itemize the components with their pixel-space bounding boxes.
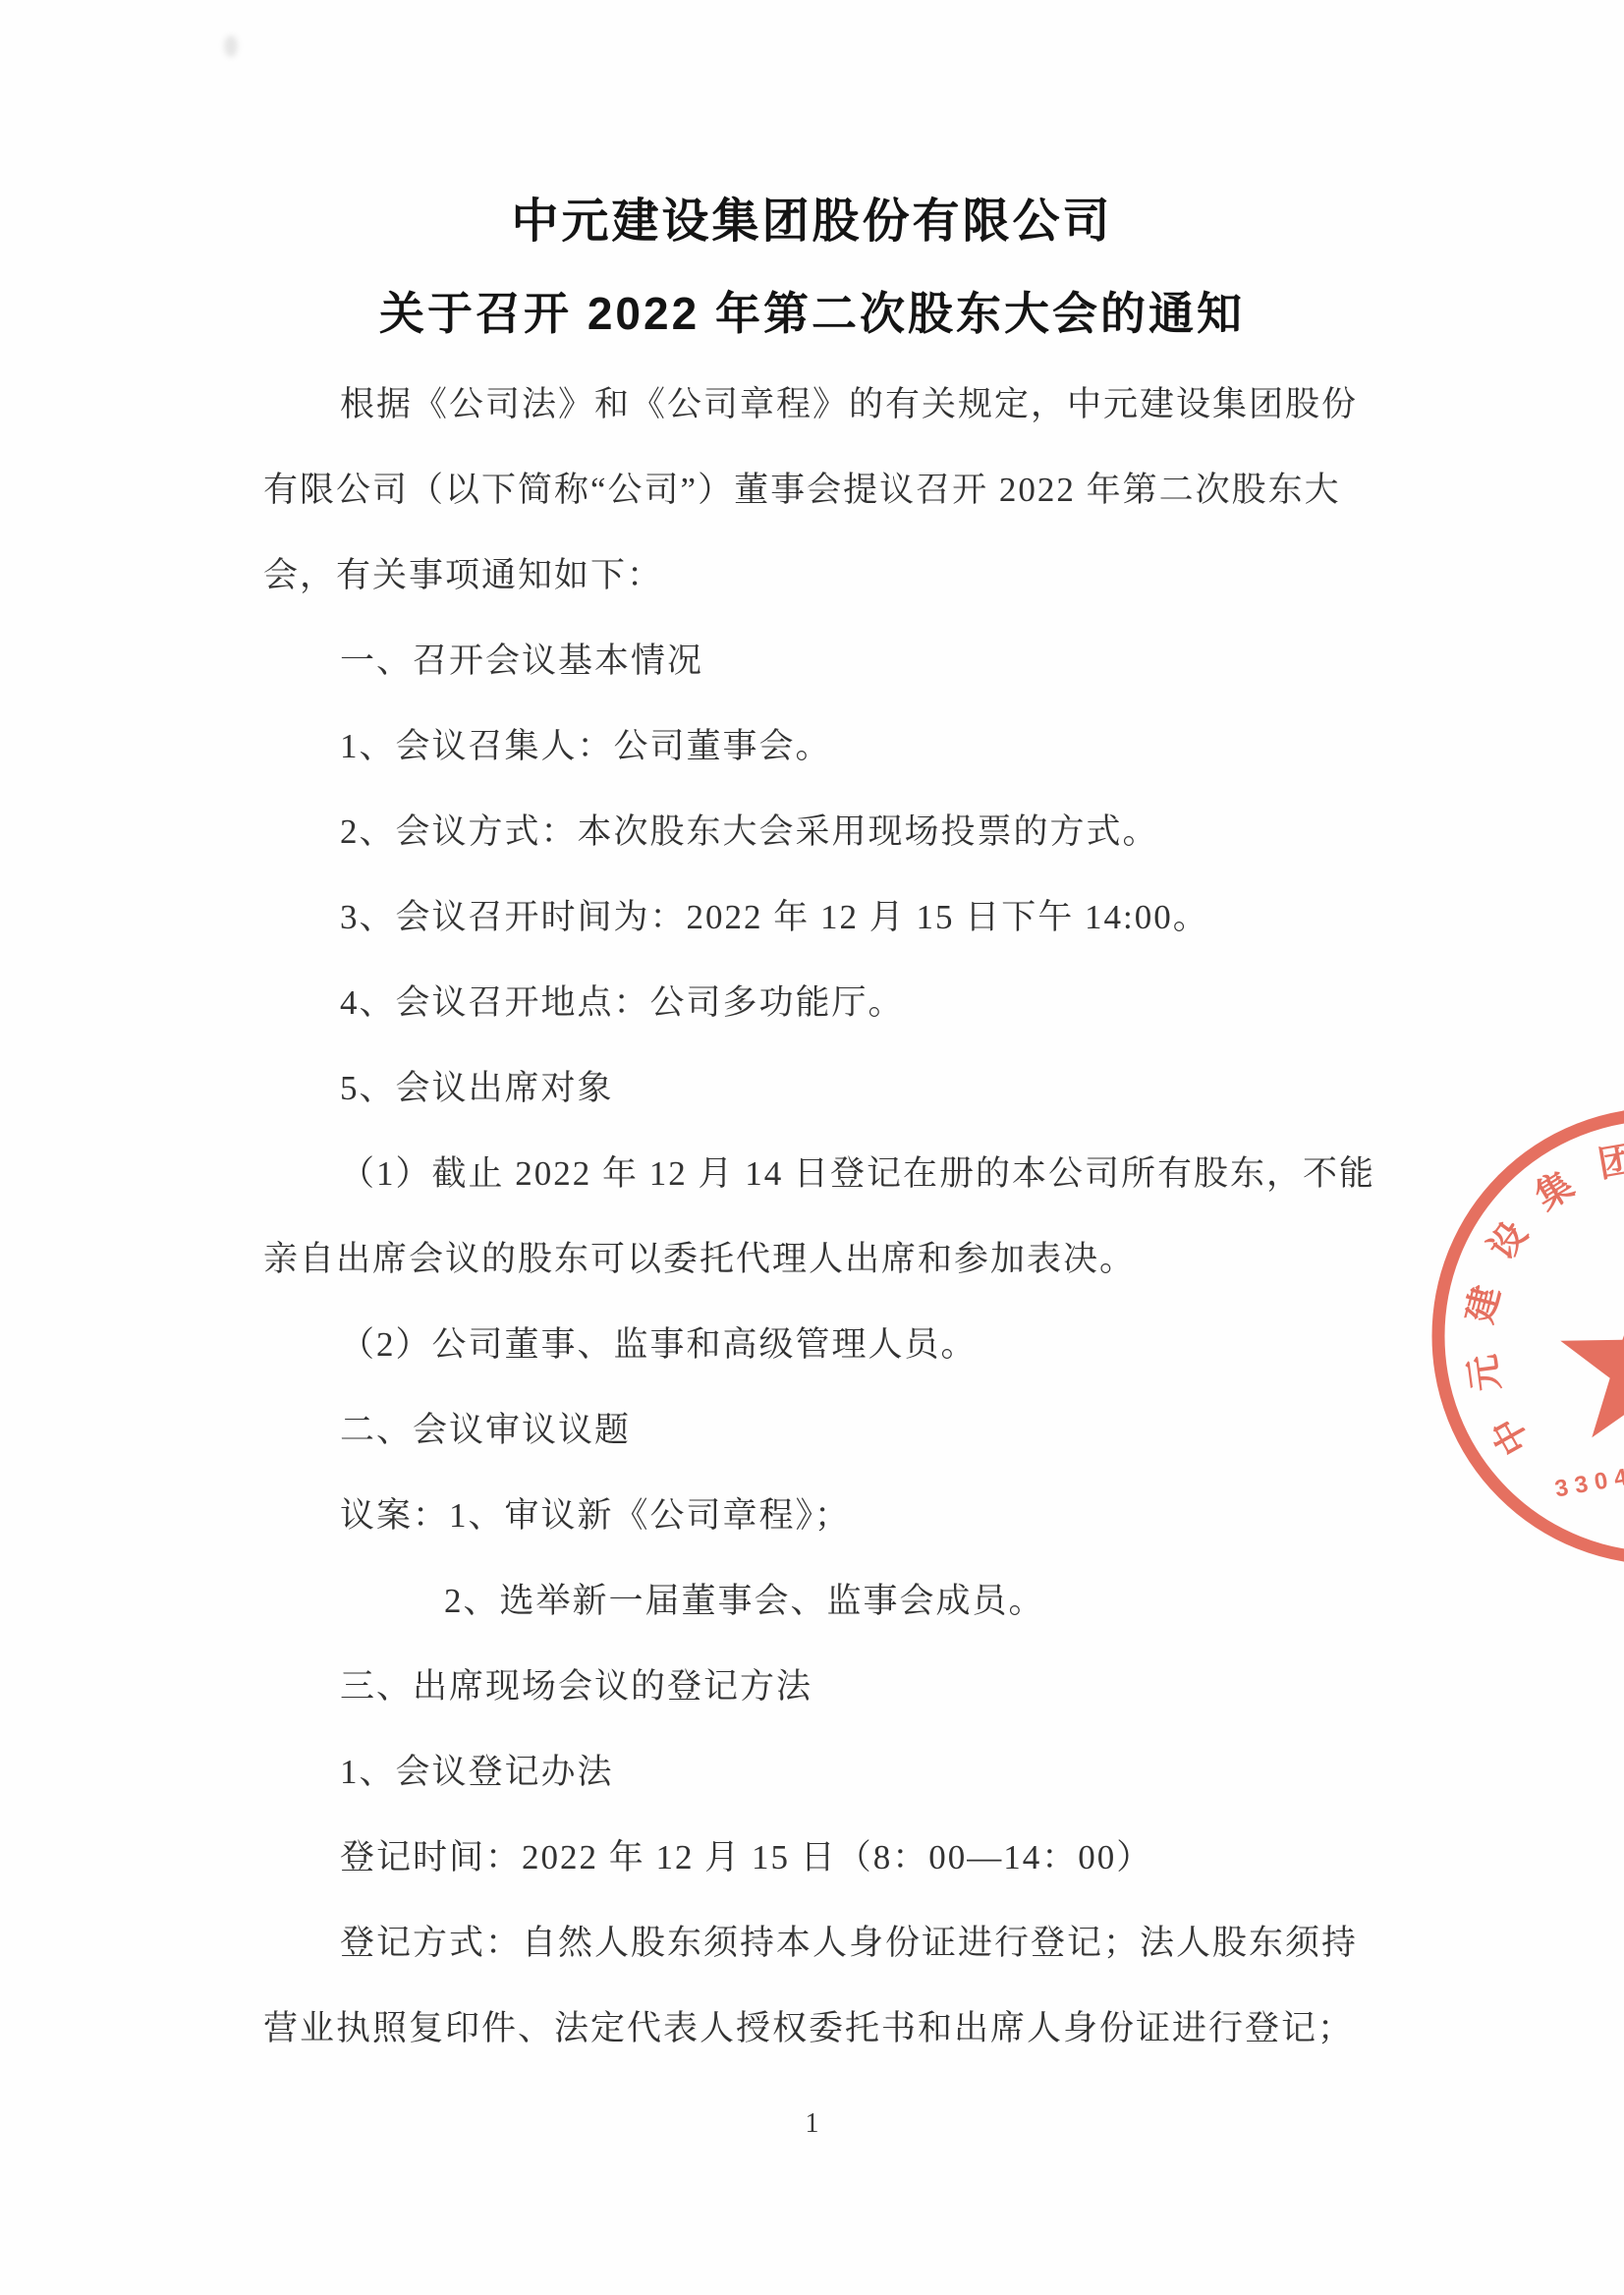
body-line: 2、选举新一届董事会、监事会成员。 <box>263 1558 1393 1644</box>
seal-code-digits: 3304 <box>1553 1463 1624 1503</box>
document-page: 中元建设集团股份有限公司 关于召开 2022 年第二次股东大会的通知 根据《公司… <box>0 0 1624 2295</box>
seal-ring <box>1438 1114 1624 1558</box>
body-line: 亲自出席会议的股东可以委托代理人出席和参加表决。 <box>263 1216 1393 1302</box>
body-line: 登记时间：2022 年 12 月 15 日（8：00—14：00） <box>263 1815 1393 1900</box>
scan-smudge <box>224 35 238 57</box>
document-subtitle: 关于召开 2022 年第二次股东大会的通知 <box>0 278 1624 343</box>
body-line: 1、会议召集人：公司董事会。 <box>263 703 1393 789</box>
body-line: 1、会议登记办法 <box>263 1729 1393 1815</box>
body-line: 会，有关事项通知如下： <box>263 532 1393 618</box>
body-line: 根据《公司法》和《公司章程》的有关规定，中元建设集团股份 <box>263 362 1393 447</box>
seal-company-name: 中元建设集团股份有限公司 <box>1459 1134 1624 1468</box>
page-number: 1 <box>0 2108 1624 2140</box>
star-icon <box>1560 1281 1624 1437</box>
body-line: （1）截止 2022 年 12 月 14 日登记在册的本公司所有股东，不能 <box>263 1131 1393 1216</box>
body-line: 4、会议召开地点：公司多功能厅。 <box>263 960 1393 1045</box>
document-title: 中元建设集团股份有限公司 <box>0 183 1624 251</box>
body-line: 有限公司（以下简称“公司”）董事会提议召开 2022 年第二次股东大 <box>263 447 1393 532</box>
body-line: 5、会议出席对象 <box>263 1045 1393 1131</box>
body-line: 议案：1、审议新《公司章程》； <box>263 1473 1393 1558</box>
body-line: （2）公司董事、监事和高级管理人员。 <box>263 1302 1393 1387</box>
body-line: 3、会议召开时间为：2022 年 12 月 15 日下午 14:00。 <box>263 874 1393 960</box>
company-seal-stamp: 中元建设集团股份有限公司 3304 <box>1375 1081 1624 1572</box>
document-body: 根据《公司法》和《公司章程》的有关规定，中元建设集团股份 有限公司（以下简称“公… <box>263 362 1393 2071</box>
body-line: 营业执照复印件、法定代表人授权委托书和出席人身份证进行登记； <box>263 1986 1393 2071</box>
body-line: 一、召开会议基本情况 <box>263 618 1393 703</box>
body-line: 2、会议方式：本次股东大会采用现场投票的方式。 <box>263 789 1393 874</box>
body-line: 二、会议审议议题 <box>263 1387 1393 1473</box>
body-line: 三、出席现场会议的登记方法 <box>263 1644 1393 1729</box>
body-line: 登记方式：自然人股东须持本人身份证进行登记；法人股东须持 <box>263 1900 1393 1986</box>
